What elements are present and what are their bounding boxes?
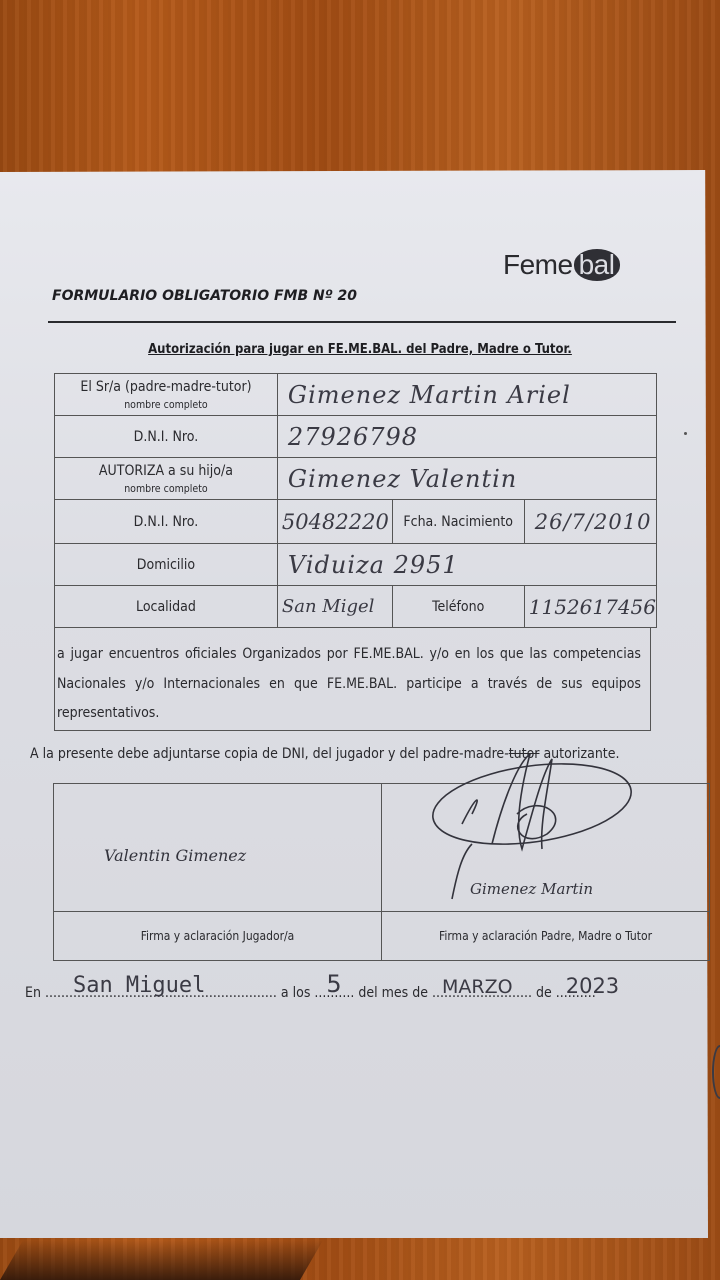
month-label: del mes de	[358, 985, 428, 1001]
address-label: Domicilio	[55, 544, 278, 586]
femebal-logo: Femebal	[503, 249, 620, 281]
child-dni-label: D.N.I. Nro.	[55, 500, 278, 544]
parent-dni-row: D.N.I. Nro. 27926798	[55, 416, 657, 458]
parent-sublabel: nombre completo	[55, 399, 277, 411]
month-field[interactable]: .........................MARZO	[432, 985, 532, 1001]
child-dni-field[interactable]: 50482220	[277, 500, 392, 544]
logo-badge: bal	[574, 249, 621, 281]
child-dni-value: 50482220	[282, 510, 389, 534]
year-value: 2023	[566, 974, 619, 998]
parent-name-row: El Sr/a (padre-madre-tutor) nombre compl…	[55, 374, 657, 416]
locality-label: Localidad	[55, 586, 278, 628]
logo-text: Feme	[503, 249, 573, 280]
parent-signature-caption: Firma y aclaración Padre, Madre o Tutor	[382, 912, 710, 961]
place-date-line: En .....................................…	[25, 985, 596, 1001]
signature-table: Valentin Gimenez Gimenez Martin Firma y …	[53, 783, 710, 961]
locality-row: Localidad San Migel Teléfono 1152617456	[55, 586, 657, 628]
child-dni-row: D.N.I. Nro. 50482220 Fcha. Nacimiento 26…	[55, 500, 657, 544]
child-name-row: AUTORIZA a su hijo/a nombre completo Gim…	[55, 458, 657, 500]
place-field[interactable]: ........................................…	[45, 985, 277, 1001]
a-los-label: a los	[281, 985, 310, 1001]
day-field[interactable]: ..........5	[314, 985, 354, 1001]
locality-field[interactable]: San Migel	[277, 586, 392, 628]
address-field[interactable]: Viduiza 2951	[277, 544, 656, 586]
form-title: FORMULARIO OBLIGATORIO FMB Nº 20	[52, 288, 357, 304]
shadow	[0, 1240, 323, 1280]
title-divider	[48, 321, 676, 323]
parent-name-field[interactable]: Gimenez Martin Ariel	[277, 374, 656, 416]
player-signature-caption: Firma y aclaración Jugador/a	[54, 912, 382, 961]
parent-dni-field[interactable]: 27926798	[277, 416, 656, 458]
child-sublabel: nombre completo	[55, 483, 277, 495]
parent-signature-box[interactable]: Gimenez Martin	[382, 784, 710, 912]
birth-date-value: 26/7/2010	[535, 510, 652, 534]
parent-signature-name: Gimenez Martin	[470, 880, 593, 898]
child-name-value: Gimenez Valentin	[288, 465, 517, 493]
form-subtitle: Autorización para jugar en FE.ME.BAL. de…	[0, 342, 720, 357]
child-name-field[interactable]: Gimenez Valentin	[277, 458, 656, 500]
month-value: MARZO	[442, 976, 513, 998]
birth-date-label: Fcha. Nacimiento	[392, 500, 524, 544]
address-row: Domicilio Viduiza 2951	[55, 544, 657, 586]
parent-dni-label: D.N.I. Nro.	[55, 416, 278, 458]
place-value: San Miguel	[73, 973, 205, 998]
phone-field[interactable]: 1152617456	[524, 586, 656, 628]
phone-label: Teléfono	[392, 586, 524, 628]
address-value: Viduiza 2951	[288, 551, 459, 579]
player-signature: Valentin Gimenez	[104, 846, 246, 865]
authorization-form-table: El Sr/a (padre-madre-tutor) nombre compl…	[54, 373, 657, 628]
parent-label: El Sr/a (padre-madre-tutor)	[55, 379, 277, 395]
en-label: En	[25, 985, 41, 1001]
ink-dot	[684, 432, 687, 435]
year-label: de	[536, 985, 552, 1001]
phone-value: 1152617456	[529, 595, 656, 619]
day-value: 5	[326, 970, 341, 998]
authorization-text: a jugar encuentros oficiales Organizados…	[54, 628, 651, 731]
player-signature-box[interactable]: Valentin Gimenez	[54, 784, 382, 912]
parent-name-value: Gimenez Martin Ariel	[288, 381, 571, 409]
birth-date-field[interactable]: 26/7/2010	[524, 500, 656, 544]
year-field[interactable]: ..........2023	[556, 985, 596, 1001]
locality-value: San Migel	[282, 596, 375, 617]
parent-dni-value: 27926798	[288, 423, 418, 451]
child-label: AUTORIZA a su hijo/a	[55, 463, 277, 479]
